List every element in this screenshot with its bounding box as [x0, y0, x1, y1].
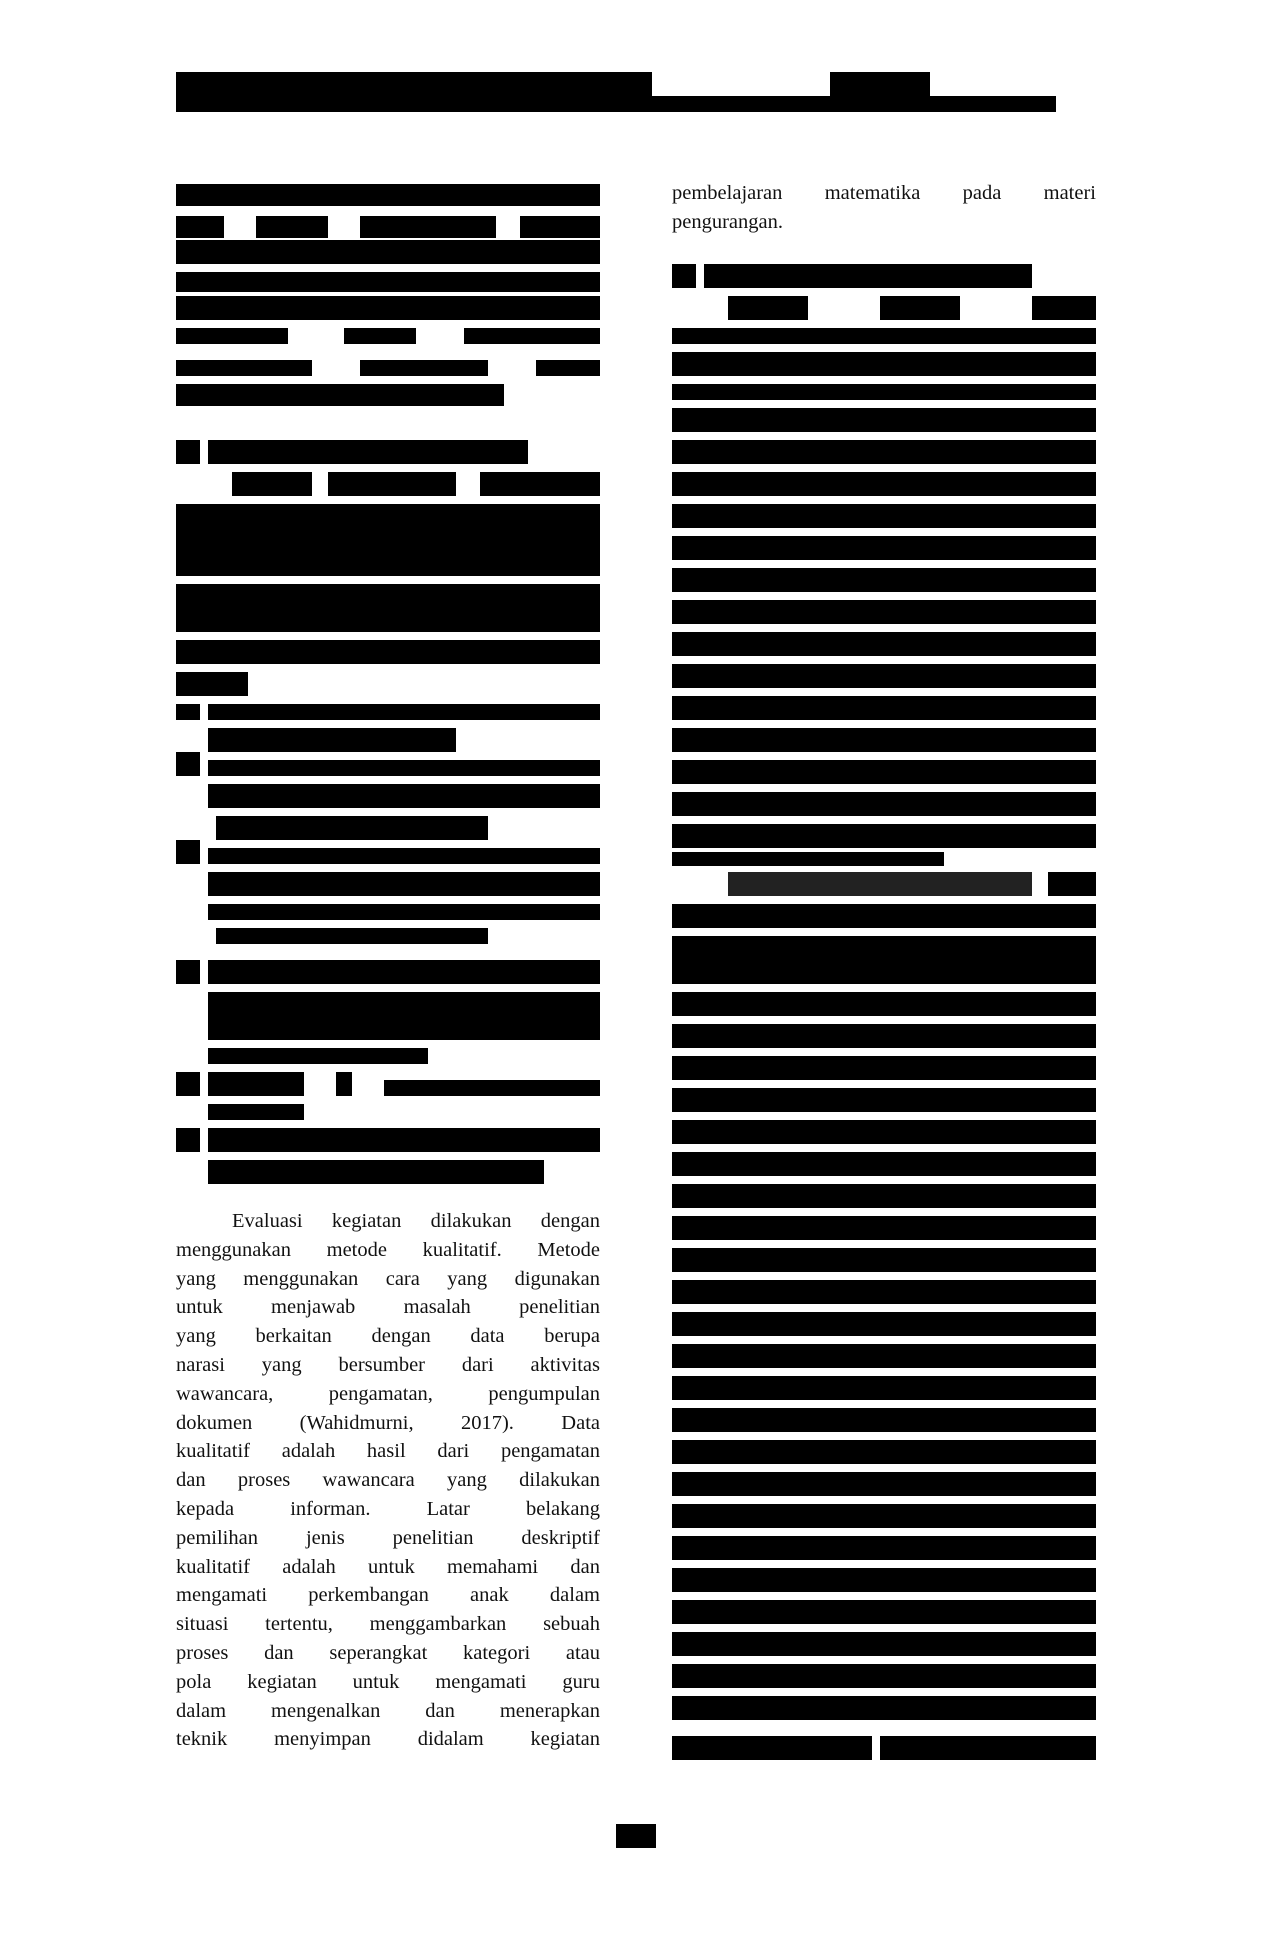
paragraph-line: dalam mengenalkan dan menerapkan: [176, 1697, 600, 1726]
paragraph-line: narasi yang bersumber dari aktivitas: [176, 1351, 600, 1380]
paragraph-line: kualitatif adalah hasil dari pengamatan: [176, 1437, 600, 1466]
header-journal-redacted: [830, 72, 930, 112]
paragraph-line: yang menggunakan cara yang digunakan: [176, 1265, 600, 1294]
evaluation-paragraph: Evaluasi kegiatan dilakukan dengan mengg…: [176, 1207, 600, 1754]
header-title-redacted: [176, 72, 652, 112]
page-number-redacted: [616, 1824, 656, 1848]
continuation-paragraph: pembelajaran matematika pada materi peng…: [672, 179, 1096, 237]
paragraph-line: untuk menjawab masalah penelitian: [176, 1293, 600, 1322]
paragraph-line: menggunakan metode kualitatif. Metode: [176, 1236, 600, 1265]
paragraph-line: situasi tertentu, menggambarkan sebuah: [176, 1610, 600, 1639]
running-header: [176, 72, 1056, 112]
paragraph-line: pemilihan jenis penelitian deskriptif: [176, 1524, 600, 1553]
highlighted-redaction: [728, 872, 1032, 896]
paragraph-line: pola kegiatan untuk mengamati guru: [176, 1668, 600, 1697]
paragraph-line: proses dan seperangkat kategori atau: [176, 1639, 600, 1668]
paragraph-line: mengamati perkembangan anak dalam: [176, 1581, 600, 1610]
paragraph-line: dokumen (Wahidmurni, 2017). Data: [176, 1409, 600, 1438]
paragraph-line: kepada informan. Latar belakang: [176, 1495, 600, 1524]
paragraph-line: pengurangan.: [672, 208, 1096, 237]
paragraph-line: kualitatif adalah untuk memahami dan: [176, 1553, 600, 1582]
paragraph-line: Evaluasi kegiatan dilakukan dengan: [176, 1207, 600, 1236]
paragraph-line: yang berkaitan dengan data berupa: [176, 1322, 600, 1351]
paragraph-line: dan proses wawancara yang dilakukan: [176, 1466, 600, 1495]
paragraph-line: teknik menyimpan didalam kegiatan: [176, 1725, 600, 1754]
paragraph-line: wawancara, pengamatan, pengumpulan: [176, 1380, 600, 1409]
paragraph-line: pembelajaran matematika pada materi: [672, 179, 1096, 208]
